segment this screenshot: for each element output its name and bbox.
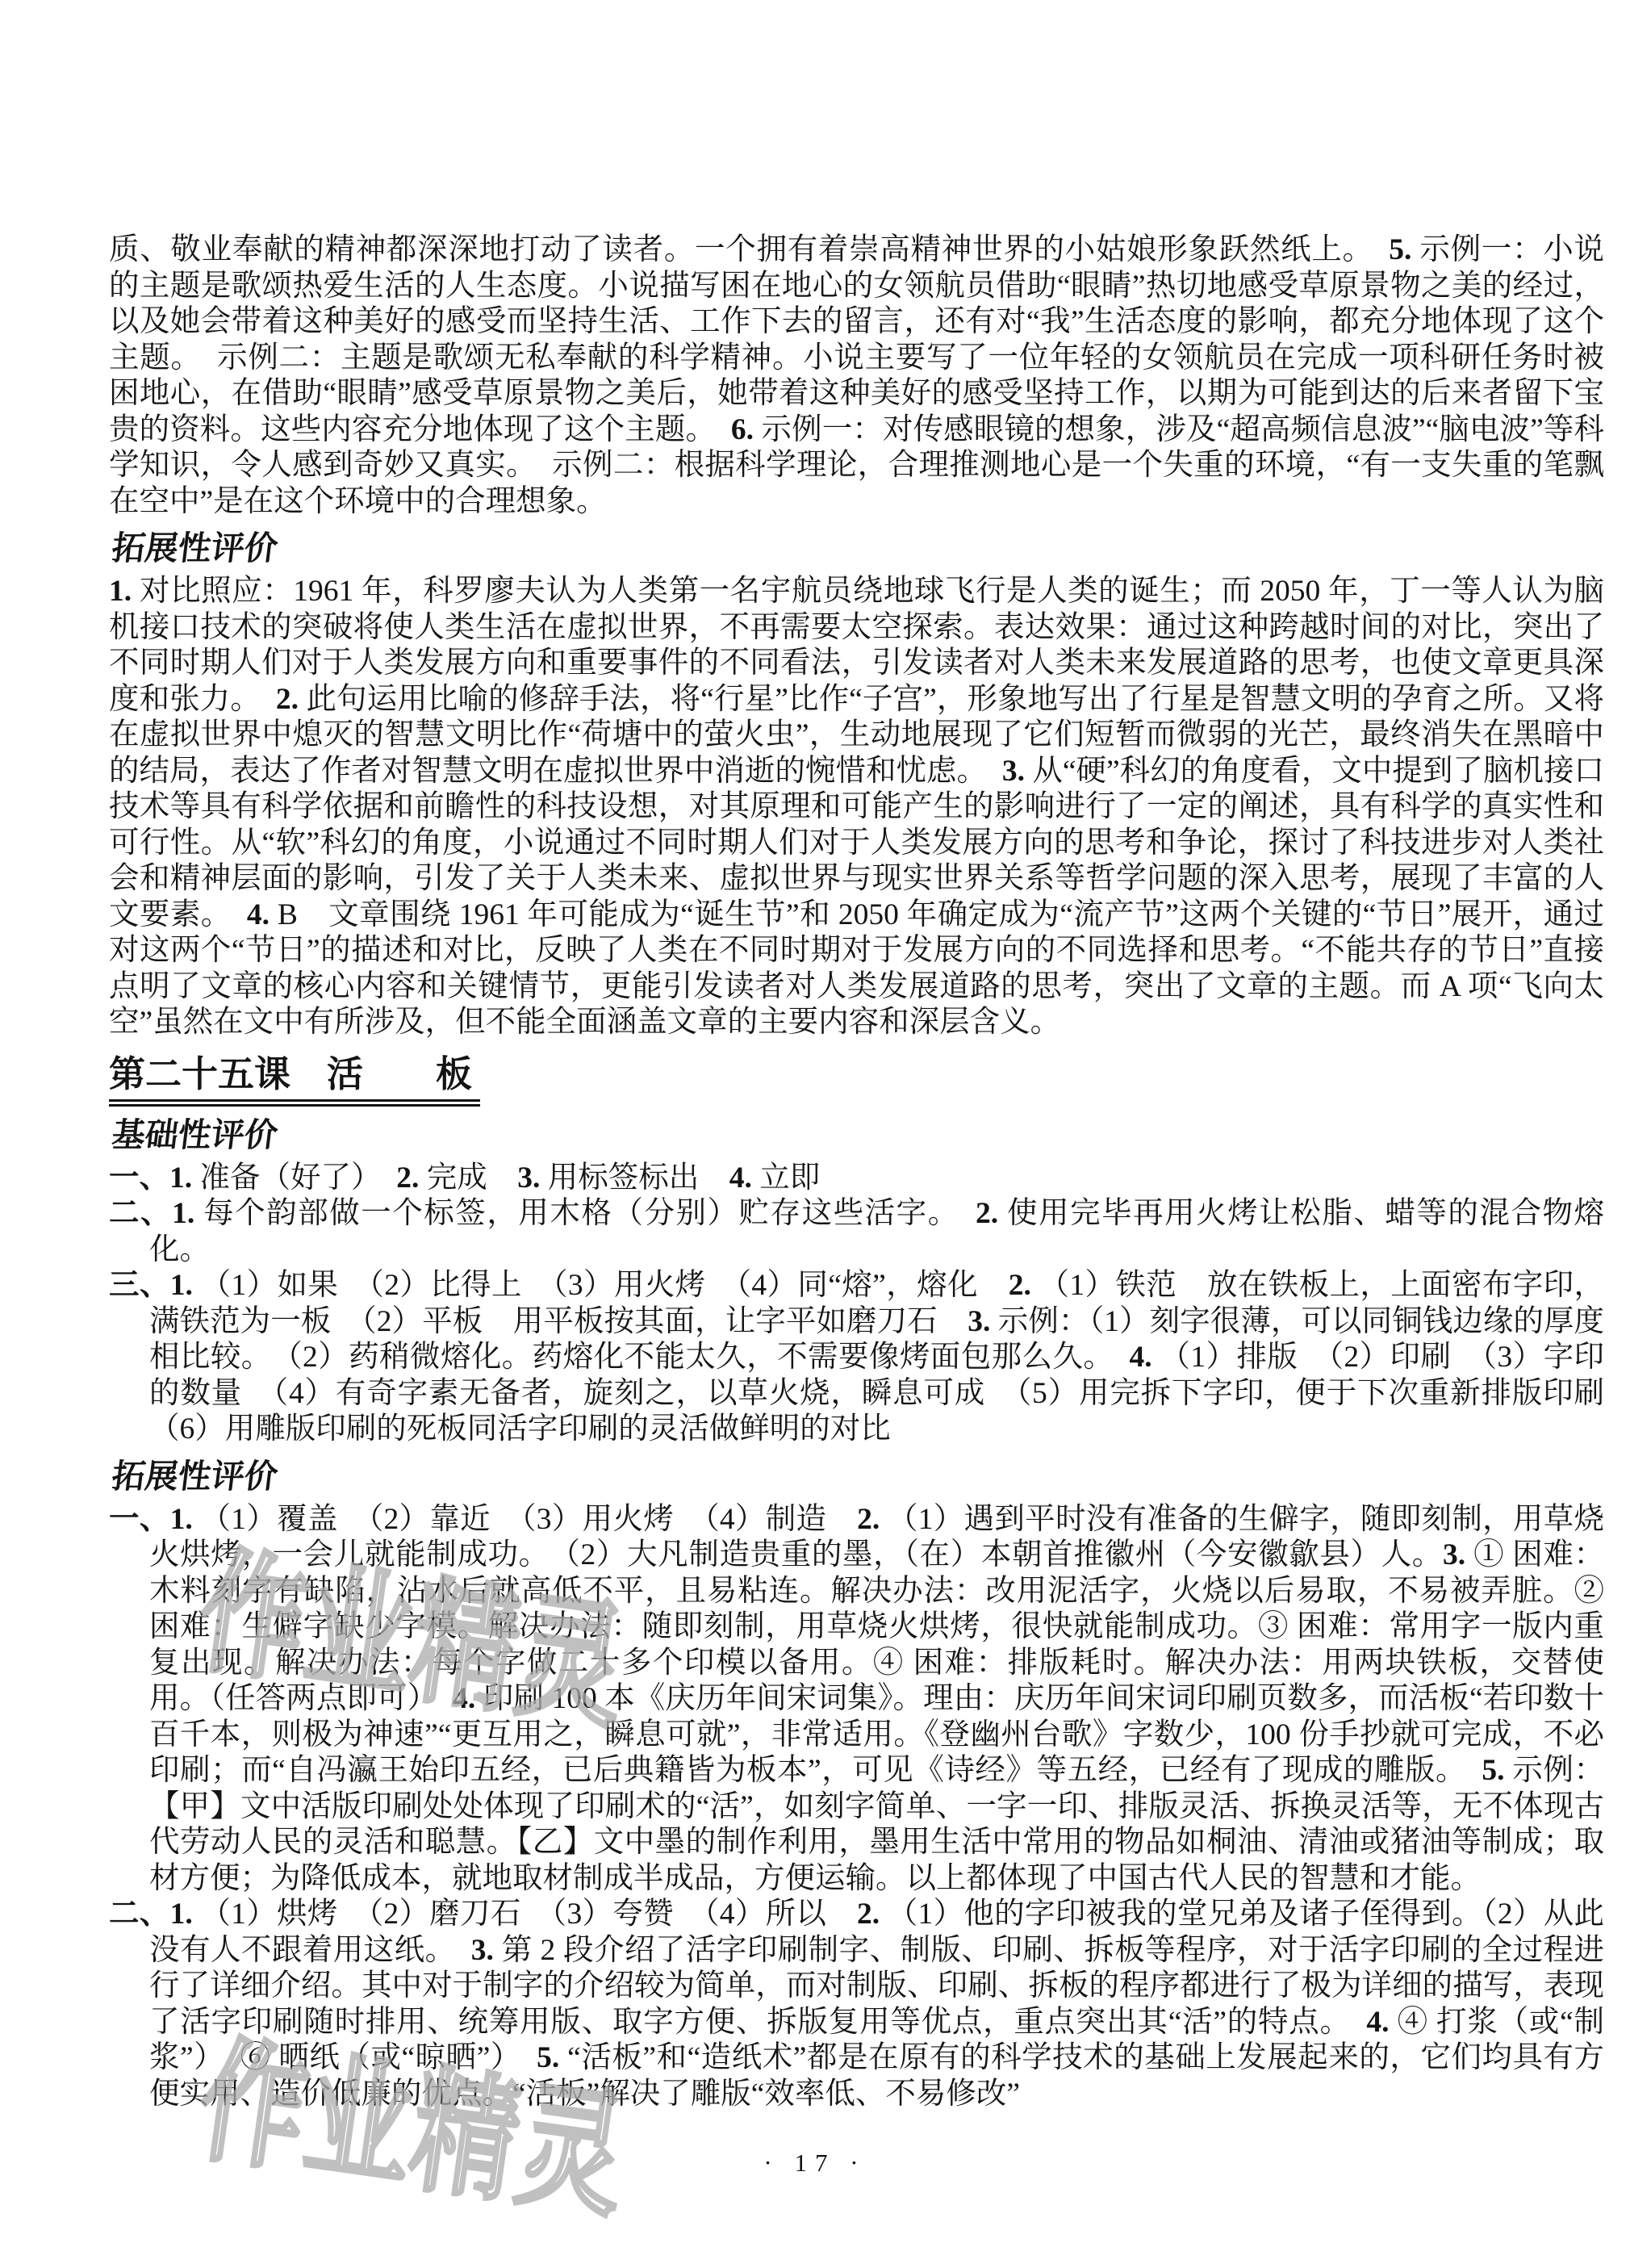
section-heading-basic-label: 基础性评价 bbox=[110, 1115, 280, 1155]
section-heading-extension-1-label: 拓展性评价 bbox=[110, 528, 280, 568]
answer-number-marker: 2. bbox=[396, 1161, 419, 1195]
lesson-heading-label: 第二十五课 活 板 bbox=[109, 1052, 480, 1107]
answer-text-run: B 文章围绕 1961 年可能成为“诞生节”和 2050 年确定成为“流产节”这… bbox=[109, 898, 1604, 1040]
answer-number-marker: 三、 bbox=[109, 1269, 170, 1302]
basic-answer-item-2: 二、1. 每个韵部做一个标签，用木格（分别）贮存这些活字。 2. 使用完毕再用火… bbox=[109, 1196, 1604, 1268]
answer-number-marker: 2. bbox=[276, 683, 299, 716]
answer-text-run: （1）覆盖 （2）靠近 （3）用火烤 （4）制造 bbox=[193, 1503, 857, 1536]
section-heading-basic: 基础性评价 bbox=[112, 1115, 1604, 1155]
answer-number-marker: 2. bbox=[857, 1898, 880, 1931]
answer-number-marker: 二、 bbox=[109, 1197, 172, 1230]
answer-number-marker: 2. bbox=[976, 1197, 998, 1230]
answer-number-marker: 1. bbox=[172, 1197, 194, 1230]
answer-number-marker: 5. bbox=[1389, 233, 1411, 266]
answer-number-marker: 1. bbox=[169, 1161, 192, 1195]
basic-answer-item-3: 三、1. （1）如果 （2）比得上 （3）用火烤 （4）同“熔”，熔化 2. （… bbox=[109, 1268, 1604, 1448]
section-heading-extension-2: 拓展性评价 bbox=[112, 1456, 1604, 1496]
answer-text-run: 质、敬业奉献的精神都深深地打动了读者。一个拥有着崇高精神世界的小姑娘形象跃然纸上… bbox=[109, 233, 1389, 266]
answer-number-marker: 一、 bbox=[109, 1503, 170, 1536]
answer-number-marker: 4. bbox=[1130, 1341, 1152, 1374]
answer-number-marker: 4. bbox=[1366, 2006, 1389, 2039]
section-heading-extension-2-label: 拓展性评价 bbox=[110, 1456, 280, 1496]
answer-number-marker: 3. bbox=[1443, 1538, 1465, 1571]
answer-text-run: 用标签标出 bbox=[540, 1161, 729, 1195]
answer-number-marker: 3. bbox=[968, 1305, 990, 1338]
page-number: · 17 · bbox=[0, 2149, 1630, 2178]
answer-number-marker: 1. bbox=[170, 1898, 193, 1931]
answer-number-marker: 2. bbox=[857, 1503, 880, 1536]
answer-number-marker: 3. bbox=[517, 1161, 540, 1195]
answer-number-marker: 4. bbox=[729, 1161, 752, 1195]
answer-number-marker: 5. bbox=[537, 2041, 559, 2074]
answer-number-marker: 1. bbox=[170, 1269, 193, 1302]
answer-number-marker: 4. bbox=[247, 898, 270, 931]
answer-text-run: 立即 bbox=[752, 1161, 820, 1195]
answer-text-run: 每个韵部做一个标签，用木格（分别）贮存这些活字。 bbox=[194, 1197, 976, 1230]
answer-number-marker: 1. bbox=[109, 575, 132, 608]
answer-text-run: 准备（好了） bbox=[192, 1161, 396, 1195]
basic-answer-item-1: 一、1. 准备（好了） 2. 完成 3. 用标签标出 4. 立即 bbox=[109, 1161, 1604, 1197]
answer-number-marker: 6. bbox=[731, 413, 754, 446]
answer-number-marker: 3. bbox=[1002, 755, 1025, 788]
answer-number-marker: 3. bbox=[471, 1934, 494, 1967]
extension-answer-item-2: 二、1. （1）烘烤 （2）磨刀石 （3）夸赞 （4）所以 2. （1）他的字印… bbox=[109, 1897, 1604, 2112]
lesson-heading: 第二十五课 活 板 bbox=[109, 1052, 1604, 1107]
page-text-column: 质、敬业奉献的精神都深深地打动了读者。一个拥有着崇高精神世界的小姑娘形象跃然纸上… bbox=[109, 232, 1604, 2112]
continued-answer-paragraph: 质、敬业奉献的精神都深深地打动了读者。一个拥有着崇高精神世界的小姑娘形象跃然纸上… bbox=[109, 232, 1604, 520]
answer-number-marker: 4. bbox=[453, 1682, 475, 1715]
answer-number-marker: 2. bbox=[1009, 1269, 1031, 1302]
answer-number-marker: 1. bbox=[170, 1503, 193, 1536]
answer-number-marker: 二、 bbox=[109, 1898, 170, 1931]
extension-answers-paragraph-1: 1. 对比照应：1961 年，科罗廖夫认为人类第一名宇航员绕地球飞行是人类的诞生… bbox=[109, 574, 1604, 1041]
answer-number-marker: 一、 bbox=[109, 1161, 169, 1195]
section-heading-extension-1: 拓展性评价 bbox=[112, 528, 1604, 568]
answer-text-run: （1）如果 （2）比得上 （3）用火烤 （4）同“熔”，熔化 bbox=[193, 1269, 1009, 1302]
scanned-workbook-page: 质、敬业奉献的精神都深深地打动了读者。一个拥有着崇高精神世界的小姑娘形象跃然纸上… bbox=[0, 0, 1630, 2268]
answer-text-run: 完成 bbox=[419, 1161, 517, 1195]
answer-text-run: （1）烘烤 （2）磨刀石 （3）夸赞 （4）所以 bbox=[193, 1898, 857, 1931]
answer-number-marker: 5. bbox=[1482, 1754, 1504, 1787]
extension-answer-item-1: 一、1. （1）覆盖 （2）靠近 （3）用火烤 （4）制造 2. （1）遇到平时… bbox=[109, 1502, 1604, 1898]
